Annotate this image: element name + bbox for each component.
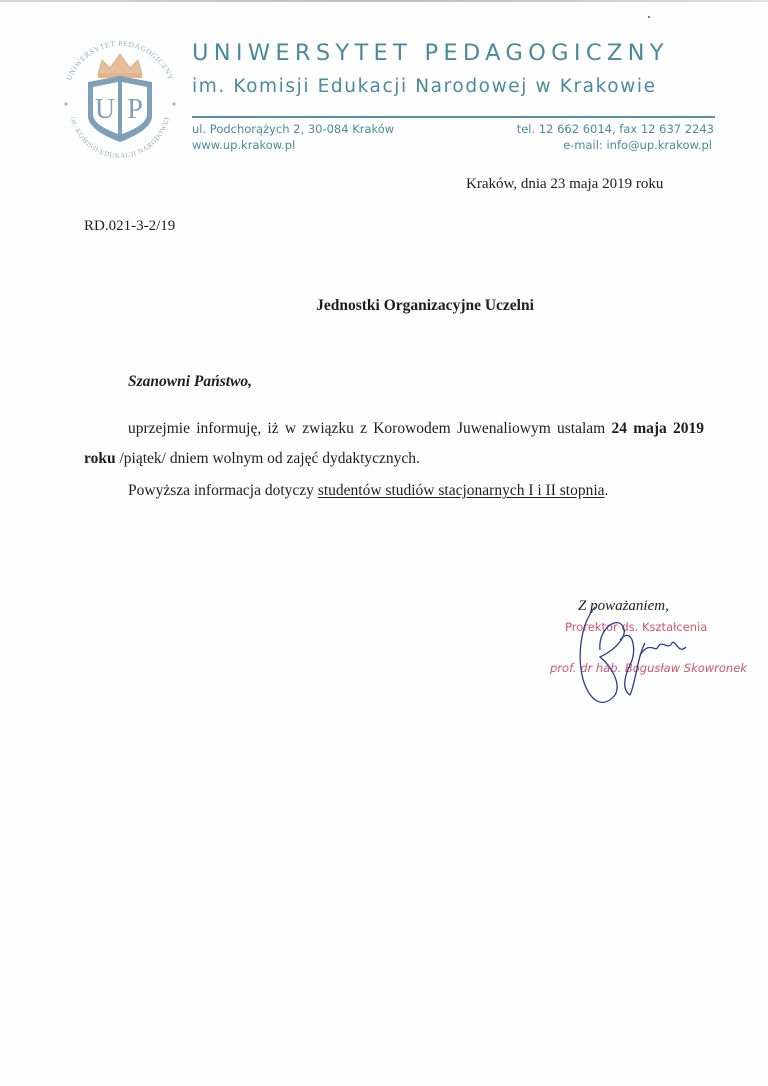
email-link[interactable]: e-mail: info@up.krakow.pl — [563, 138, 712, 152]
salutation: Szanowni Państwo, — [128, 373, 252, 391]
paragraph-2-text: Powyższa informacja dotyczy — [128, 482, 318, 499]
paragraph-1: uprzejmie informuję, iż w związku z Koro… — [84, 414, 704, 474]
university-subtitle: im. Komisji Edukacji Narodowej w Krakowi… — [192, 76, 722, 97]
address: ul. Podchorążych 2, 30-084 Kraków — [192, 122, 394, 136]
svg-text:U: U — [95, 94, 115, 125]
paragraph-1-text: uprzejmie informuję, iż w związku z Koro… — [128, 420, 611, 437]
university-logo: UNIWERSYTET PEDAGOGICZNY im. KOMISJI EDU… — [50, 30, 190, 160]
letter-page: UNIWERSYTET PEDAGOGICZNY im. KOMISJI EDU… — [0, 0, 768, 1086]
paragraph-2-underlined: studentów studiów stacjonarnych I i II s… — [318, 482, 605, 499]
crown-shield-book-logo-icon: UNIWERSYTET PEDAGOGICZNY im. KOMISJI EDU… — [50, 30, 190, 160]
scan-edge — [0, 0, 768, 2]
header-divider — [192, 116, 715, 118]
paragraph-1-text-end: /piątek/ dniem wolnym od zajęć dydaktycz… — [116, 450, 420, 467]
place-date: Kraków, dnia 23 maja 2019 roku — [466, 176, 663, 193]
scan-speck — [648, 16, 650, 18]
paragraph-2: Powyższa informacja dotyczy studentów st… — [128, 482, 608, 500]
phone-fax: tel. 12 662 6014, fax 12 637 2243 — [517, 122, 714, 136]
website-link[interactable]: www.up.krakow.pl — [192, 138, 295, 152]
reference-number: RD.021-3-2/19 — [84, 218, 175, 235]
recipient: Jednostki Organizacyjne Uczelni — [0, 297, 768, 315]
university-name: UNIWERSYTET PEDAGOGICZNY — [192, 40, 722, 66]
svg-text:P: P — [127, 94, 143, 125]
paragraph-2-end: . — [605, 482, 609, 499]
signature-icon — [560, 595, 710, 715]
